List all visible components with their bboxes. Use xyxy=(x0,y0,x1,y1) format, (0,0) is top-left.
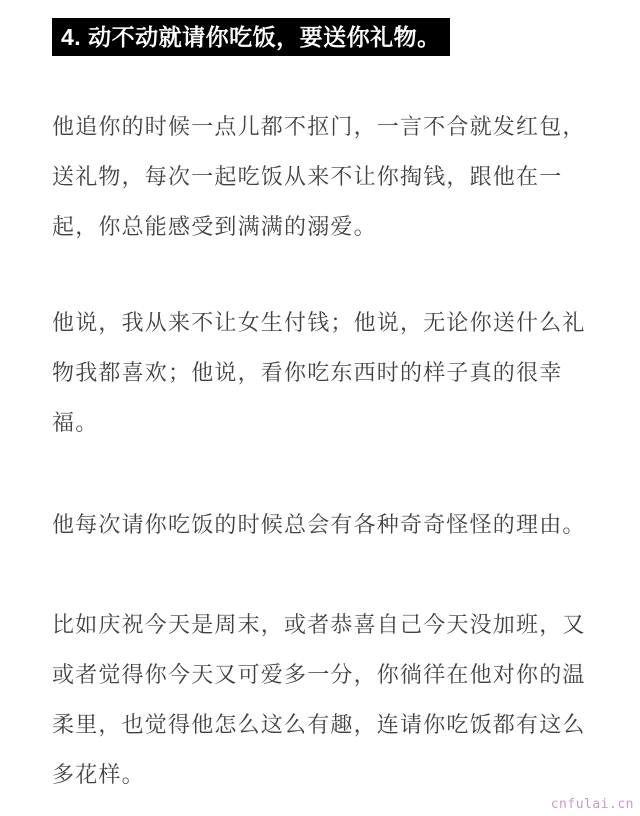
section-heading: 4. 动不动就请你吃饭，要送你礼物。 xyxy=(52,18,450,56)
article-body: 他追你的时候一点儿都不抠门，一言不合就发红包， 送礼物，每次一起吃饭从来不让你掏… xyxy=(0,102,640,800)
text-line: 送礼物，每次一起吃饭从来不让你掏钱，跟他在一 xyxy=(52,152,600,202)
section-heading-text: 4. 动不动就请你吃饭，要送你礼物。 xyxy=(61,24,441,50)
text-line: 他每次请你吃饭的时候总会有各种奇奇怪怪的理由。 xyxy=(52,500,600,550)
paragraph-2: 他说，我从来不让女生付钱；他说，无论你送什么礼 物我都喜欢；他说，看你吃东西时的… xyxy=(52,298,600,448)
text-line: 柔里，也觉得他怎么这么有趣，连请你吃饭都有这么 xyxy=(52,700,600,750)
watermark: cnfulai.cn xyxy=(551,797,634,812)
text-line: 或者觉得你今天又可爱多一分，你徜徉在他对你的温 xyxy=(52,650,600,700)
paragraph-3: 他每次请你吃饭的时候总会有各种奇奇怪怪的理由。 xyxy=(52,500,600,550)
paragraph-1: 他追你的时候一点儿都不抠门，一言不合就发红包， 送礼物，每次一起吃饭从来不让你掏… xyxy=(52,102,600,252)
article-page: 4. 动不动就请你吃饭，要送你礼物。 他追你的时候一点儿都不抠门，一言不合就发红… xyxy=(0,0,640,816)
text-line: 多花样。 xyxy=(52,750,600,800)
text-line: 比如庆祝今天是周末，或者恭喜自己今天没加班，又 xyxy=(52,600,600,650)
text-line: 福。 xyxy=(52,398,600,448)
text-line: 物我都喜欢；他说，看你吃东西时的样子真的很幸 xyxy=(52,348,600,398)
text-line: 起，你总能感受到满满的溺爱。 xyxy=(52,202,600,252)
text-line: 他追你的时候一点儿都不抠门，一言不合就发红包， xyxy=(52,102,600,152)
text-line: 他说，我从来不让女生付钱；他说，无论你送什么礼 xyxy=(52,298,600,348)
paragraph-4: 比如庆祝今天是周末，或者恭喜自己今天没加班，又 或者觉得你今天又可爱多一分，你徜… xyxy=(52,600,600,800)
